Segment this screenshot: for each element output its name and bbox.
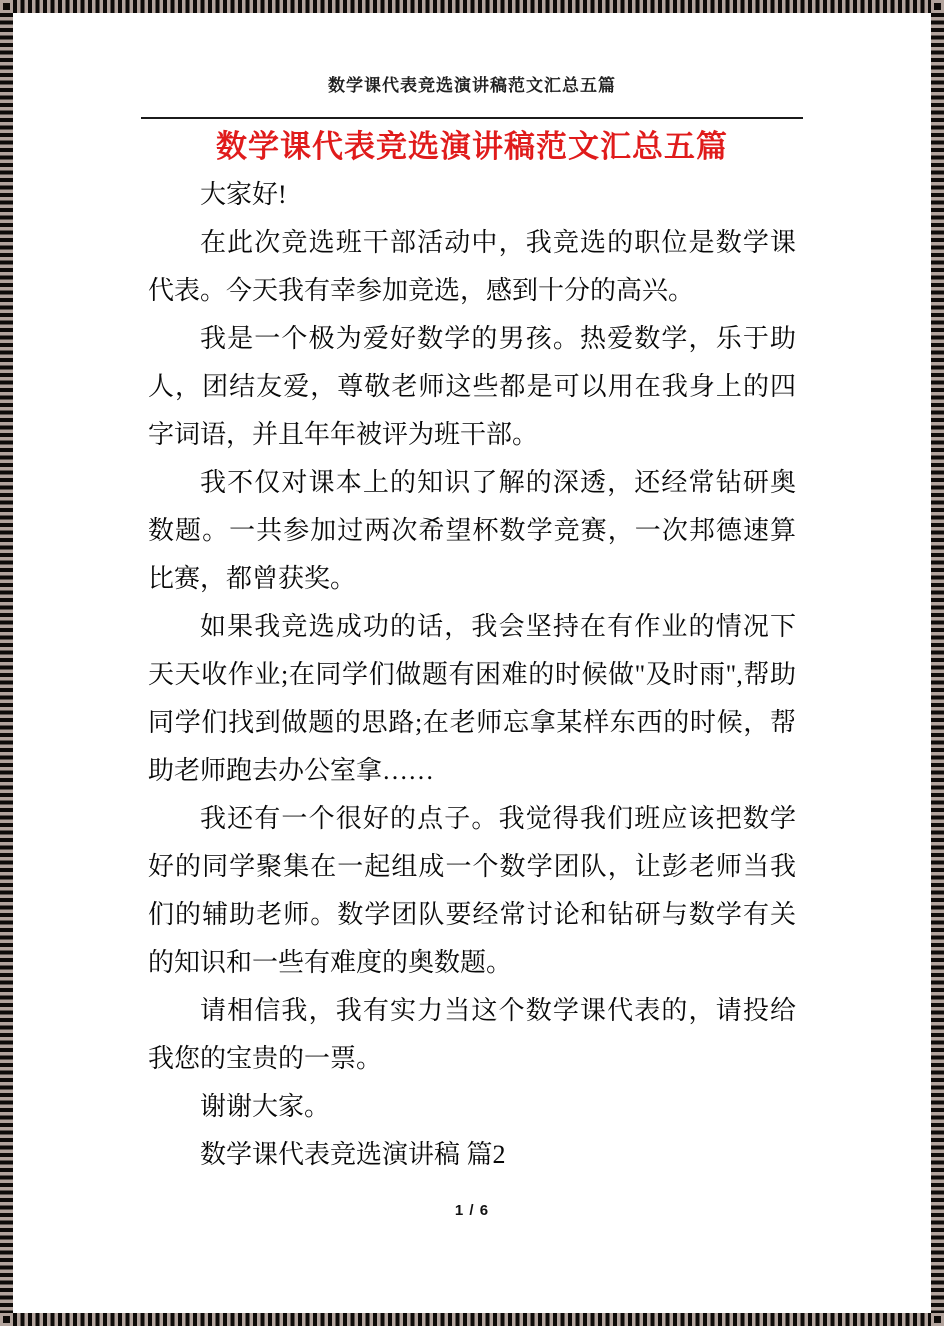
body-paragraph: 大家好! [148, 171, 796, 219]
body-paragraph: 请相信我，我有实力当这个数学课代表的，请投给我您的宝贵的一票。 [148, 987, 796, 1083]
body-paragraph: 如果我竞选成功的话，我会坚持在有作业的情况下天天收作业;在同学们做题有困难的时候… [148, 603, 796, 795]
running-header: 数学课代表竞选演讲稿范文汇总五篇 [148, 75, 796, 96]
frame-border-left [0, 13, 13, 1313]
document-body: 大家好! 在此次竞选班干部活动中，我竞选的职位是数学课代表。今天我有幸参加竞选，… [148, 171, 796, 1179]
body-paragraph: 我是一个极为爱好数学的男孩。热爱数学，乐于助人，团结友爱，尊敬老师这些都是可以用… [148, 315, 796, 459]
frame-border-top [13, 0, 931, 13]
frame-border-corner [931, 1313, 944, 1326]
page-content: 数学课代表竞选演讲稿范文汇总五篇 数学课代表竞选演讲稿范文汇总五篇 大家好! 在… [148, 13, 796, 1218]
section-heading: 数学课代表竞选演讲稿 篇2 [148, 1131, 796, 1179]
document-page: 数学课代表竞选演讲稿范文汇总五篇 数学课代表竞选演讲稿范文汇总五篇 大家好! 在… [0, 0, 944, 1326]
frame-border-bottom [13, 1313, 931, 1326]
body-paragraph: 在此次竞选班干部活动中，我竞选的职位是数学课代表。今天我有幸参加竞选，感到十分的… [148, 219, 796, 315]
frame-border-right [931, 13, 944, 1313]
frame-border-corner [0, 0, 13, 13]
page-number: 1 / 6 [148, 1203, 796, 1218]
frame-border-corner [931, 0, 944, 13]
body-paragraph: 谢谢大家。 [148, 1083, 796, 1131]
header-divider [141, 117, 803, 119]
body-paragraph: 我不仅对课本上的知识了解的深透，还经常钻研奥数题。一共参加过两次希望杯数学竞赛，… [148, 459, 796, 603]
page-title: 数学课代表竞选演讲稿范文汇总五篇 [148, 130, 796, 164]
frame-border-corner [0, 1313, 13, 1326]
body-paragraph: 我还有一个很好的点子。我觉得我们班应该把数学好的同学聚集在一起组成一个数学团队，… [148, 795, 796, 987]
